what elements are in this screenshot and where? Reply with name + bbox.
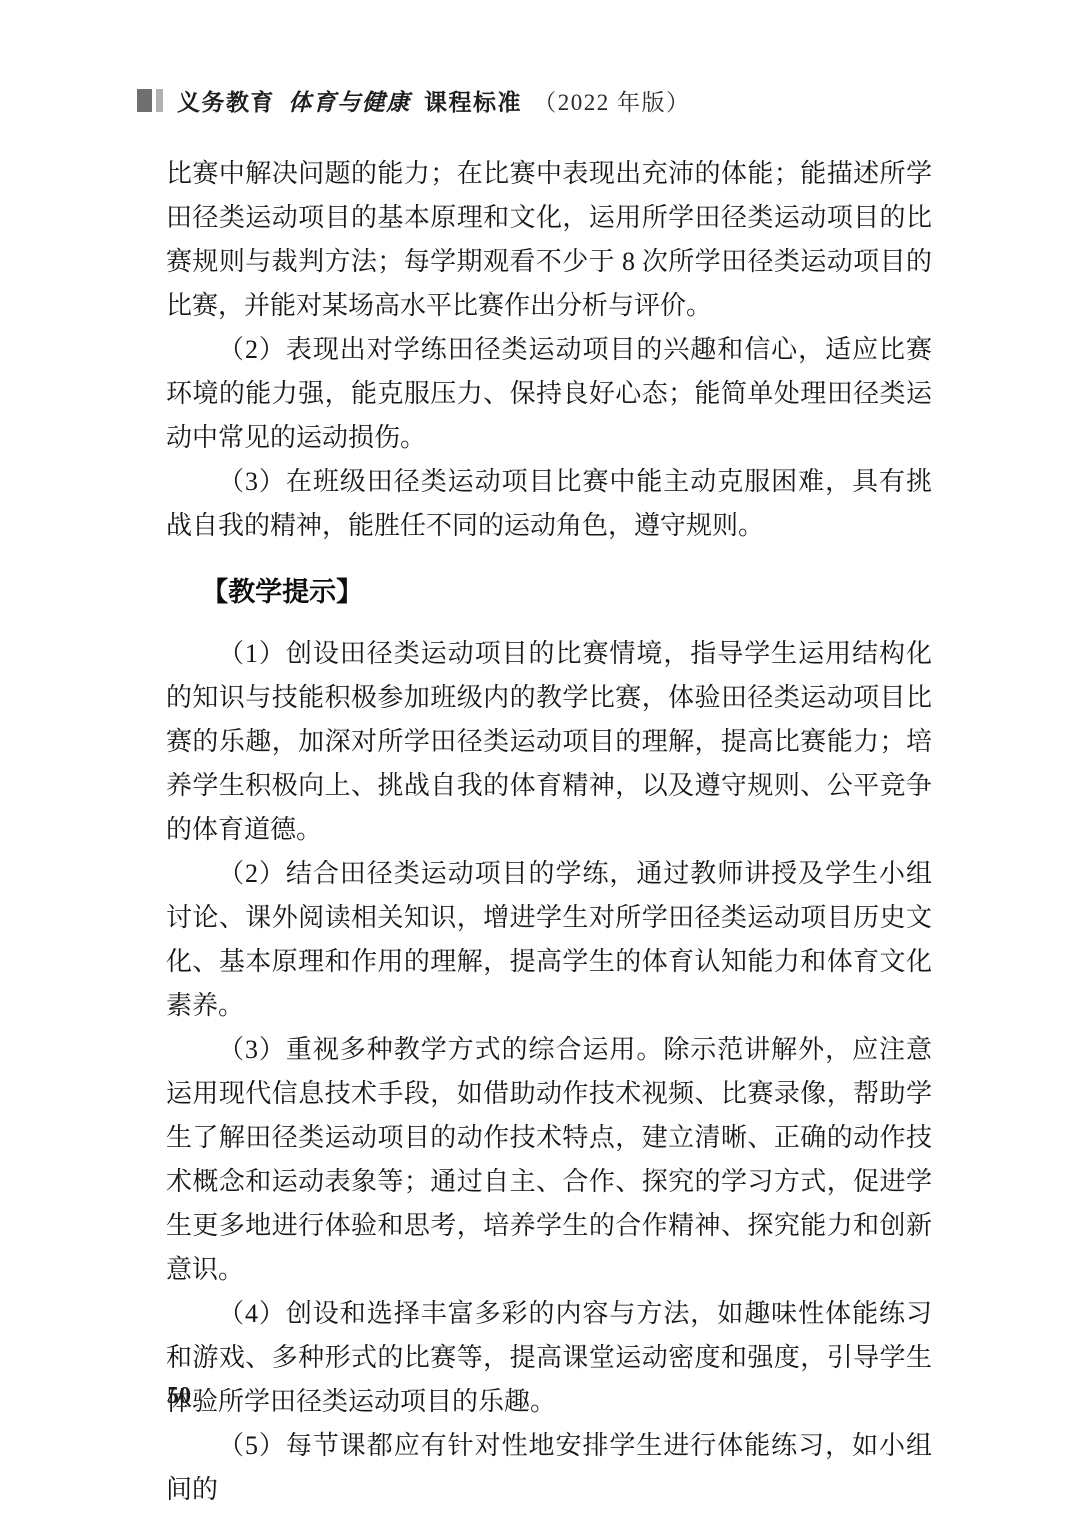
paragraph-item-2: （2）表现出对学练田径类运动项目的兴趣和信心，适应比赛环境的能力强，能克服压力、… [166,328,932,460]
page-number: 50 [167,1380,191,1412]
paragraph-item-3: （3）在班级田径类运动项目比赛中能主动克服困难，具有挑战自我的精神，能胜任不同的… [166,460,932,548]
running-header-title: 义务教育 体育与健康 课程标准 （2022 年版） [177,84,691,117]
section-heading-teaching-tips: 【教学提示】 [166,570,932,614]
header-title-standard: 课程标准 [424,90,522,115]
header-title-subject: 体育与健康 [282,90,417,115]
header-title-year: （2022 年版） [529,90,690,115]
document-page: 义务教育 体育与健康 课程标准 （2022 年版） 比赛中解决问题的能力；在比赛… [0,0,1080,1526]
paragraph-continuation: 比赛中解决问题的能力；在比赛中表现出充沛的体能；能描述所学田径类运动项目的基本原… [166,152,932,328]
header-bar-dark-icon [137,89,152,112]
teaching-tip-5: （5）每节课都应有针对性地安排学生进行体能练习，如小组间的 [166,1424,932,1512]
header-bar-light-icon [156,89,163,112]
running-header: 义务教育 体育与健康 课程标准 （2022 年版） [137,87,691,113]
body-text-column: 比赛中解决问题的能力；在比赛中表现出充沛的体能；能描述所学田径类运动项目的基本原… [166,152,932,1512]
teaching-tip-4: （4）创设和选择丰富多彩的内容与方法，如趣味性体能练习和游戏、多种形式的比赛等，… [166,1292,932,1424]
header-title-edu: 义务教育 [177,90,275,115]
teaching-tip-2: （2）结合田径类运动项目的学练，通过教师讲授及学生小组讨论、课外阅读相关知识，增… [166,852,932,1028]
teaching-tip-1: （1）创设田径类运动项目的比赛情境，指导学生运用结构化的知识与技能积极参加班级内… [166,632,932,852]
teaching-tip-3: （3）重视多种教学方式的综合运用。除示范讲解外，应注意运用现代信息技术手段，如借… [166,1028,932,1292]
